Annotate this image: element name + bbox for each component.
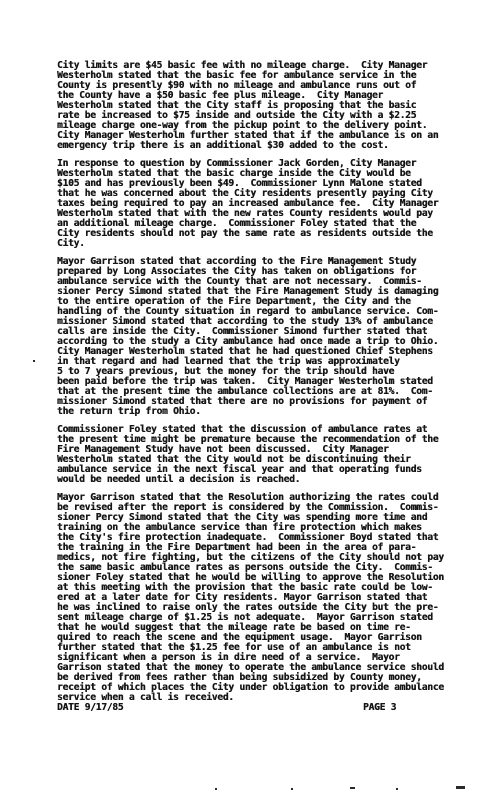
paragraph-ambulance-fees: City limits are $45 basic fee with no mi…: [57, 61, 472, 151]
footer-date: DATE 9/17/85: [57, 703, 123, 713]
paragraph-resolution-discussion: Mayor Garrison stated that the Resolutio…: [57, 493, 472, 703]
footer-page-number: PAGE 3: [363, 703, 396, 713]
scan-artifact-dash: [350, 787, 355, 789]
paragraph-commissioner-questions: In response to question by Commissioner …: [57, 159, 472, 249]
scan-artifact-dash: [291, 788, 293, 790]
document-body: City limits are $45 basic fee with no mi…: [57, 61, 472, 711]
scan-artifact-dot: [33, 360, 35, 362]
scanned-document-page: City limits are $45 basic fee with no mi…: [0, 0, 487, 800]
scan-artifact-dash: [456, 786, 465, 789]
scan-artifact-dash: [215, 788, 217, 790]
scan-artifact-dash: [396, 788, 398, 790]
paragraph-rates-discussion-premature: Commissioner Foley stated that the discu…: [57, 425, 472, 485]
paragraph-fire-management-study: Mayor Garrison stated that according to …: [57, 257, 472, 417]
